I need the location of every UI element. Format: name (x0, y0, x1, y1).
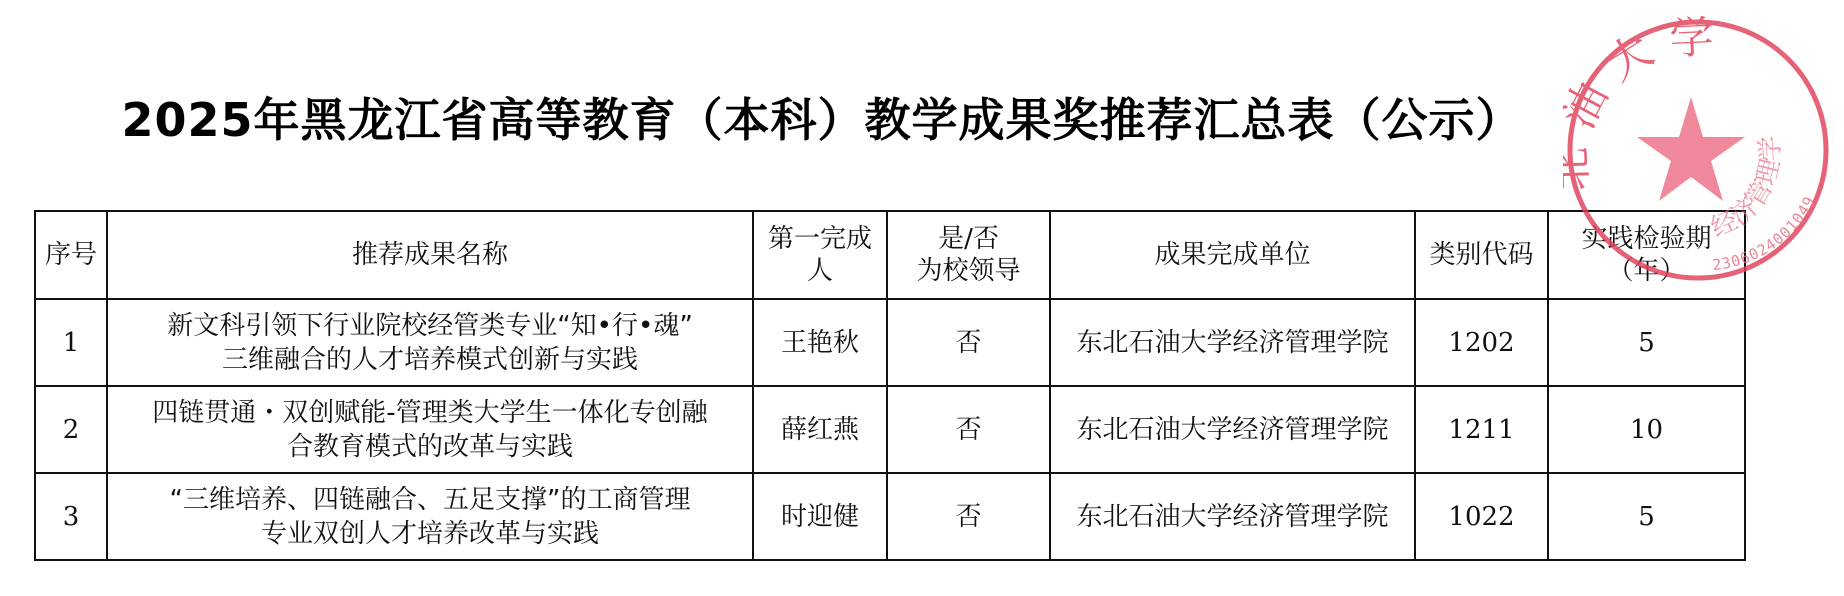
cell-first-completer: 薛红燕 (753, 386, 887, 473)
cell-practice-period: 5 (1548, 473, 1745, 560)
cell-unit: 东北石油大学经济管理学院 (1050, 299, 1415, 386)
header-practice-period: 实践检验期 （年） (1548, 211, 1745, 299)
cell-name-line2: 专业双创人才培养改革与实践 (114, 517, 746, 551)
cell-is-leader: 否 (887, 299, 1050, 386)
cell-index: 3 (35, 473, 107, 560)
header-unit: 成果完成单位 (1050, 211, 1415, 299)
header-is-leader-line1: 是/否 (892, 223, 1045, 255)
header-practice-period-line2: （年） (1553, 255, 1740, 287)
cell-name: “三维培养、四链融合、五足支撑”的工商管理 专业双创人才培养改革与实践 (107, 473, 753, 560)
table-row: 1 新文科引领下行业院校经管类专业“知•行•魂” 三维融合的人才培养模式创新与实… (35, 299, 1745, 386)
cell-unit: 东北石油大学经济管理学院 (1050, 473, 1415, 560)
header-first-completer: 第一完成人 (753, 211, 887, 299)
cell-name: 新文科引领下行业院校经管类专业“知•行•魂” 三维融合的人才培养模式创新与实践 (107, 299, 753, 386)
cell-first-completer: 时迎健 (753, 473, 887, 560)
cell-category-code: 1211 (1415, 386, 1548, 473)
cell-practice-period: 10 (1548, 386, 1745, 473)
cell-name-line1: “三维培养、四链融合、五足支撑”的工商管理 (114, 483, 746, 517)
table-row: 3 “三维培养、四链融合、五足支撑”的工商管理 专业双创人才培养改革与实践 时迎… (35, 473, 1745, 560)
cell-category-code: 1202 (1415, 299, 1548, 386)
cell-practice-period: 5 (1548, 299, 1745, 386)
cell-first-completer: 王艳秋 (753, 299, 887, 386)
cell-name-line1: 新文科引领下行业院校经管类专业“知•行•魂” (114, 309, 746, 343)
table-header-row: 序号 推荐成果名称 第一完成人 是/否 为校领导 成果完成单位 类别代码 实践检… (35, 211, 1745, 299)
cell-category-code: 1022 (1415, 473, 1548, 560)
cell-name-line1: 四链贯通・双创赋能-管理类大学生一体化专创融 (114, 396, 746, 430)
cell-unit: 东北石油大学经济管理学院 (1050, 386, 1415, 473)
cell-index: 2 (35, 386, 107, 473)
document-title-text: 2025年黑龙江省高等教育（本科）教学成果奖推荐汇总表（公示） (121, 92, 1522, 148)
header-name: 推荐成果名称 (107, 211, 753, 299)
header-practice-period-line1: 实践检验期 (1553, 223, 1740, 255)
cell-is-leader: 否 (887, 386, 1050, 473)
header-index: 序号 (35, 211, 107, 299)
cell-is-leader: 否 (887, 473, 1050, 560)
cell-name-line2: 三维融合的人才培养模式创新与实践 (114, 343, 746, 377)
summary-table: 序号 推荐成果名称 第一完成人 是/否 为校领导 成果完成单位 类别代码 实践检… (34, 210, 1746, 561)
header-is-leader: 是/否 为校领导 (887, 211, 1050, 299)
table-row: 2 四链贯通・双创赋能-管理类大学生一体化专创融 合教育模式的改革与实践 薛红燕… (35, 386, 1745, 473)
document-title: 2025年黑龙江省高等教育（本科）教学成果奖推荐汇总表（公示） (0, 92, 1844, 148)
cell-index: 1 (35, 299, 107, 386)
header-category-code: 类别代码 (1415, 211, 1548, 299)
cell-name: 四链贯通・双创赋能-管理类大学生一体化专创融 合教育模式的改革与实践 (107, 386, 753, 473)
header-is-leader-line2: 为校领导 (892, 255, 1045, 287)
cell-name-line2: 合教育模式的改革与实践 (114, 430, 746, 464)
